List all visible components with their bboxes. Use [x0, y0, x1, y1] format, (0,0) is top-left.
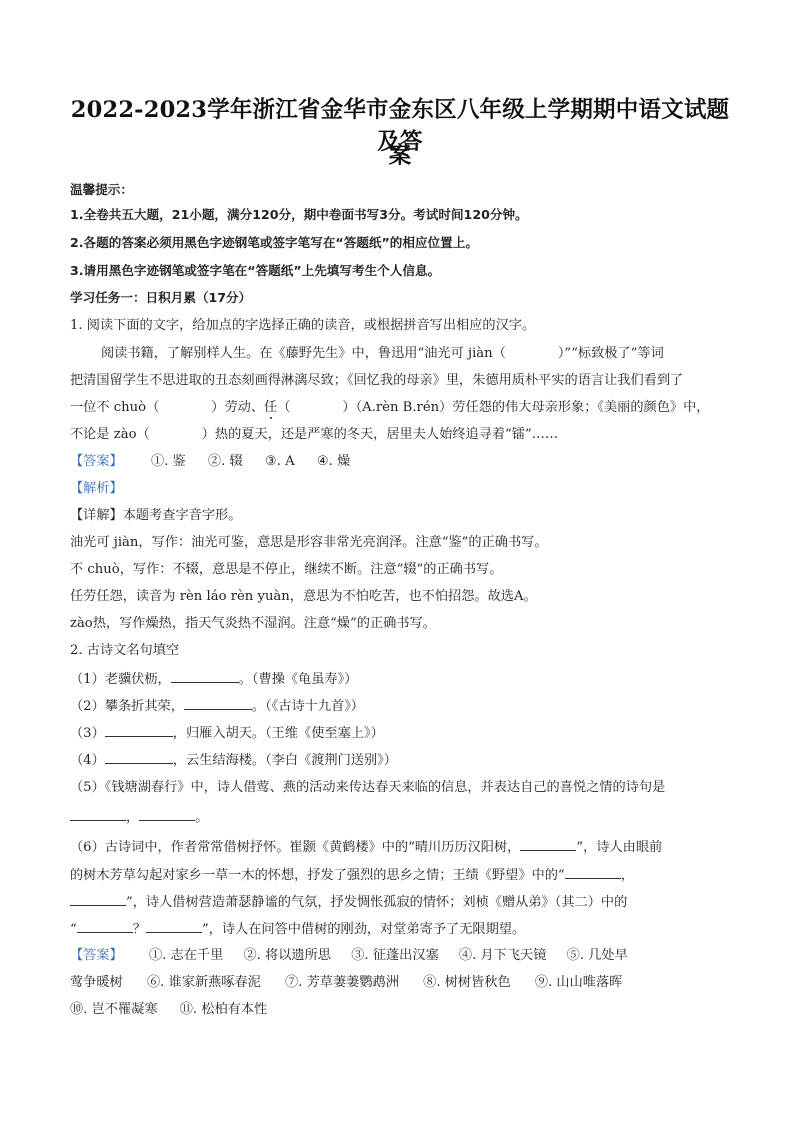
fill-blank	[105, 751, 173, 764]
q2-text: “	[70, 922, 77, 937]
answer-item: ④. 月下飞天镜	[459, 948, 547, 963]
q1-text: 不论是 zào（	[70, 427, 150, 442]
q2-text: （4）	[70, 753, 105, 768]
answer-label: 【答案】	[70, 948, 123, 963]
q1-paragraph-line1: 阅读书籍，了解别样人生。在《藤野先生》中，鲁迅用“油光可 jiàn（）”“标致极…	[101, 346, 664, 362]
q1-text: ）热的夏天，还是严寒的冬天，居里夫人始终追寻着“镭”……	[202, 427, 558, 442]
explanation-1: 油光可 jiàn，写作：油光可鉴，意思是形容非常光亮润泽。注意“鉴”的正确书写。	[70, 535, 548, 551]
q2-item-6-line2: 的树木芳草勾起对家乡一草一木的怀想，抒发了强烈的思乡之情；王绩《野望》中的“，	[70, 866, 634, 884]
q2-text: 。（《古诗十九首》）	[252, 699, 364, 714]
dotted-character: 任	[264, 400, 277, 415]
answer-item: ③. A	[265, 454, 295, 469]
q2-text: ？	[133, 922, 146, 937]
q1-answer-row: 【答案】 ①. 鉴 ②. 辍 ③. A ④. 燥	[70, 454, 350, 470]
q2-text: ”，诗人由眼前	[576, 840, 662, 855]
answer-label: 【答案】	[70, 454, 123, 469]
fill-blank	[70, 808, 126, 821]
document-page: 2022-2023学年浙江省金华市金东区八年级上学期期中语文试题及答 案 温馨提…	[0, 0, 793, 1122]
q2-text: （6）古诗词中，作者常常借树抒怀。崔颢《黄鹤楼》中的“晴川历历汉阳树，	[70, 840, 520, 855]
answer-item: ③. 征蓬出汉塞	[351, 948, 439, 963]
fill-blank	[105, 724, 173, 737]
notice-item-1: 1.全卷共五大题，21小题，满分120分，期中卷面书写3分。考试时间120分钟。	[70, 207, 528, 223]
answer-item: ⑪. 松柏有本性	[180, 1002, 268, 1017]
task1-heading: 学习任务一：日积月累（17分）	[70, 290, 251, 306]
q2-text: ，云生结海楼。（李白《渡荆门送别》）	[173, 753, 397, 768]
q1-text: （	[277, 400, 290, 415]
q1-text: 阅读书籍，了解别样人生。在《藤野先生》中，鲁迅用“油光可 jiàn（	[101, 346, 506, 361]
q1-prompt: 1. 阅读下面的文字，给加点的字选择正确的读音，或根据拼音写出相应的汉字。	[70, 318, 535, 334]
q2-item-5-blanks: ，。	[70, 808, 208, 826]
answer-item: ①. 鉴	[151, 454, 186, 469]
notice-item-2: 2.各题的答案必须用黑色字迹钢笔或签字笔写在“答题纸”的相应位置上。	[70, 235, 478, 251]
q2-item-5: （5）《钱塘湖春行》中，诗人借莺、燕的活动来传达春天来临的信息，并表达自己的喜悦…	[70, 780, 665, 796]
answer-item: ⑧. 树树皆秋色	[423, 975, 511, 990]
answer-item: ②. 将以遗所思	[243, 948, 331, 963]
q2-text: （3）	[70, 726, 105, 741]
notice-heading: 温馨提示：	[70, 182, 133, 198]
fill-blank	[171, 670, 239, 683]
answer-item: 莺争暖树	[70, 975, 123, 990]
q2-item-1: （1）老骥伏枥，。（曹操《龟虽寿》）	[70, 670, 357, 688]
q1-paragraph-line3: 一位不 chuò（）劳动、任（）（A.rèn B.rén）劳任怨的伟大母亲形象；…	[70, 400, 710, 416]
q2-text: 。（曹操《龟虽寿》）	[239, 672, 358, 687]
q2-item-6-line3: ”，诗人借树营造萧瑟静谧的气氛，抒发惆怅孤寂的情怀；刘桢《赠从弟》（其二）中的	[70, 893, 627, 911]
q2-text: ”，诗人在问答中借树的刚劲，对堂弟寄予了无限期望。	[202, 922, 525, 937]
fill-blank	[139, 808, 195, 821]
answer-item: ⑦. 芳草萋萋鹦鹉洲	[285, 975, 399, 990]
fill-blank	[184, 697, 252, 710]
answer-item: ②. 辍	[208, 454, 243, 469]
fill-blank	[77, 920, 133, 933]
q2-item-2: （2）攀条折其荣，。（《古诗十九首》）	[70, 697, 364, 715]
q2-answer-row-1: 【答案】 ①. 志在千里 ②. 将以遗所思 ③. 征蓬出汉塞 ④. 月下飞天镜 …	[70, 948, 628, 964]
q2-item-6-line1: （6）古诗词中，作者常常借树抒怀。崔颢《黄鹤楼》中的“晴川历历汉阳树，”，诗人由…	[70, 838, 662, 856]
q1-text: ）（A.rèn B.rén）劳任怨的伟大母亲形象；《美丽的颜色》中，	[342, 400, 709, 415]
document-title-line2: 案	[60, 138, 740, 170]
fill-blank	[565, 866, 621, 879]
q2-answer-row-2: 莺争暖树 ⑥. 谁家新燕啄春泥 ⑦. 芳草萋萋鹦鹉洲 ⑧. 树树皆秋色 ⑨. 山…	[70, 975, 622, 991]
q2-text: 的树木芳草勾起对家乡一草一木的怀想，抒发了强烈的思乡之情；王绩《野望》中的“	[70, 868, 565, 883]
q2-item-4: （4），云生结海楼。（李白《渡荆门送别》）	[70, 751, 397, 769]
notice-item-3: 3.请用黑色字迹钢笔或签字笔在“答题纸”上先填写考生个人信息。	[70, 263, 440, 279]
q2-text: （1）老骥伏枥，	[70, 672, 171, 687]
q2-text: ，	[621, 868, 634, 883]
fill-blank	[520, 838, 576, 851]
explanation-4: zào热，写作燥热，指天气炎热不湿润。注意“燥”的正确书写。	[70, 616, 436, 632]
analysis-label: 【解析】	[70, 481, 123, 497]
answer-item: ④. 燥	[317, 454, 350, 469]
q1-text: ）”“标致极了”等词	[558, 346, 664, 361]
q2-item-3: （3），归雁入胡天。（王维《使至塞上》）	[70, 724, 384, 742]
q1-text: 一位不 chuò（	[70, 400, 159, 415]
q2-prompt: 2. 古诗文名句填空	[70, 643, 179, 659]
fill-blank	[146, 920, 202, 933]
answer-item: ①. 志在千里	[149, 948, 223, 963]
q1-paragraph-line4: 不论是 zào（）热的夏天，还是严寒的冬天，居里夫人始终追寻着“镭”……	[70, 427, 558, 443]
q2-text: ”，诗人借树营造萧瑟静谧的气氛，抒发惆怅孤寂的情怀；刘桢《赠从弟》（其二）中的	[126, 895, 627, 910]
answer-item: ⑥. 谁家新燕啄春泥	[147, 975, 261, 990]
q2-answer-row-3: ⑩. 岂不罹凝寒 ⑪. 松柏有本性	[70, 1002, 267, 1018]
q1-text: ）劳动、	[211, 400, 264, 415]
answer-item: ⑩. 岂不罹凝寒	[70, 1002, 158, 1017]
q2-item-6-line4: “？”，诗人在问答中借树的刚劲，对堂弟寄予了无限期望。	[70, 920, 525, 938]
answer-item: ⑤. 几处早	[567, 948, 628, 963]
q1-paragraph-line2: 把清国留学生不思进取的丑态刻画得淋漓尽致；《回忆我的母亲》里，朱德用质朴平实的语…	[70, 373, 683, 389]
q2-text: （2）攀条折其荣，	[70, 699, 184, 714]
explanation-3: 任劳任怨，读音为 rèn láo rèn yuàn，意思为不怕吃苦，也不怕招怨。…	[70, 589, 537, 605]
fill-blank	[70, 893, 126, 906]
detail-heading: 【详解】本题考查字音字形。	[70, 508, 241, 524]
explanation-2: 不 chuò，写作：不辍，意思是不停止，继续不断。注意“辍”的正确书写。	[70, 562, 502, 578]
answer-item: ⑨. 山山唯落晖	[535, 975, 623, 990]
q2-text: ，	[126, 810, 139, 825]
q2-text: ，归雁入胡天。（王维《使至塞上》）	[173, 726, 384, 741]
q2-text: 。	[195, 810, 208, 825]
